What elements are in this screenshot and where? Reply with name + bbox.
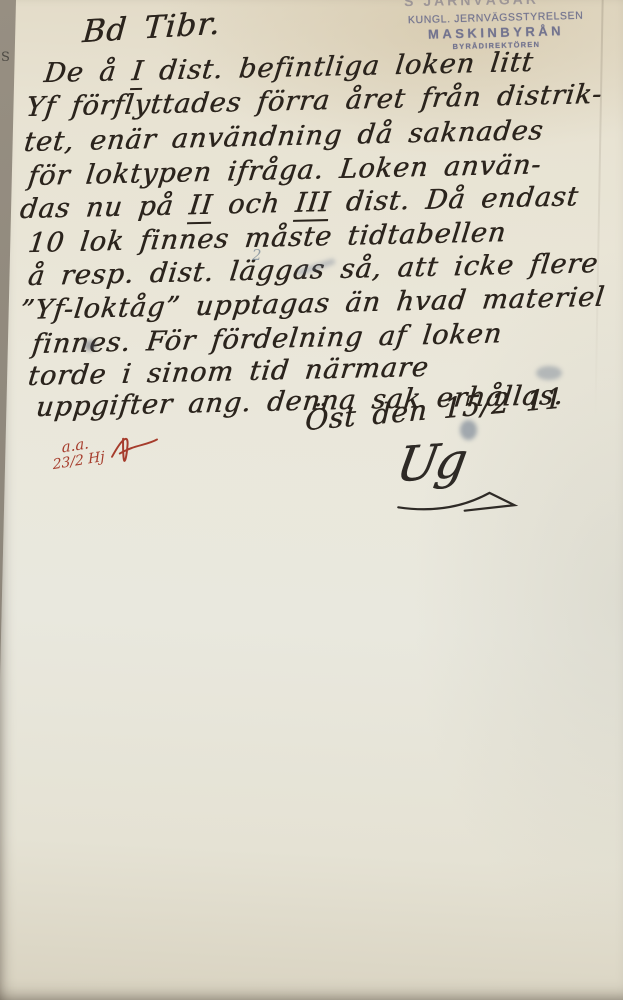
registrar-red-note: a.a. 23/2 Hj [52,434,105,473]
official-stamp: KUNGL. JERNVÄGSSTYRELSEN MASKINBYRÅN BYR… [386,9,607,53]
line-text: dist. Då endast [329,181,581,218]
signature: Ug [395,427,550,517]
scanned-letter-photo: { "backdrop": { "margin_letter": "S" }, … [0,0,623,1000]
ink-smudge [536,366,562,380]
signature-flourish-icon [392,468,534,518]
backdrop-margin-letter: S [1,50,10,65]
pencil-annotation: 2 [252,246,262,264]
letter-page: S JÄRNVÄGAR KUNGL. JERNVÄGSSTYRELSEN MAS… [0,0,623,1000]
clipped-header-print: S JÄRNVÄGAR [404,0,539,9]
line-text: das nu på [18,190,191,225]
handwritten-line: finnes. För fördelning af loken [30,318,504,360]
underlined-numeral: III [293,187,332,222]
greeting-line: Bd Tibr. [81,6,222,51]
paper-crease [594,0,603,420]
line-text: De å [42,56,134,89]
red-note-line2: 23/2 Hj [52,450,105,473]
ink-smudge [460,420,477,440]
red-note-flourish-icon [103,421,165,481]
line-text: och [211,188,298,221]
ink-smudge [84,340,96,351]
line-text: finnes. För fördelning af loken [30,318,504,360]
